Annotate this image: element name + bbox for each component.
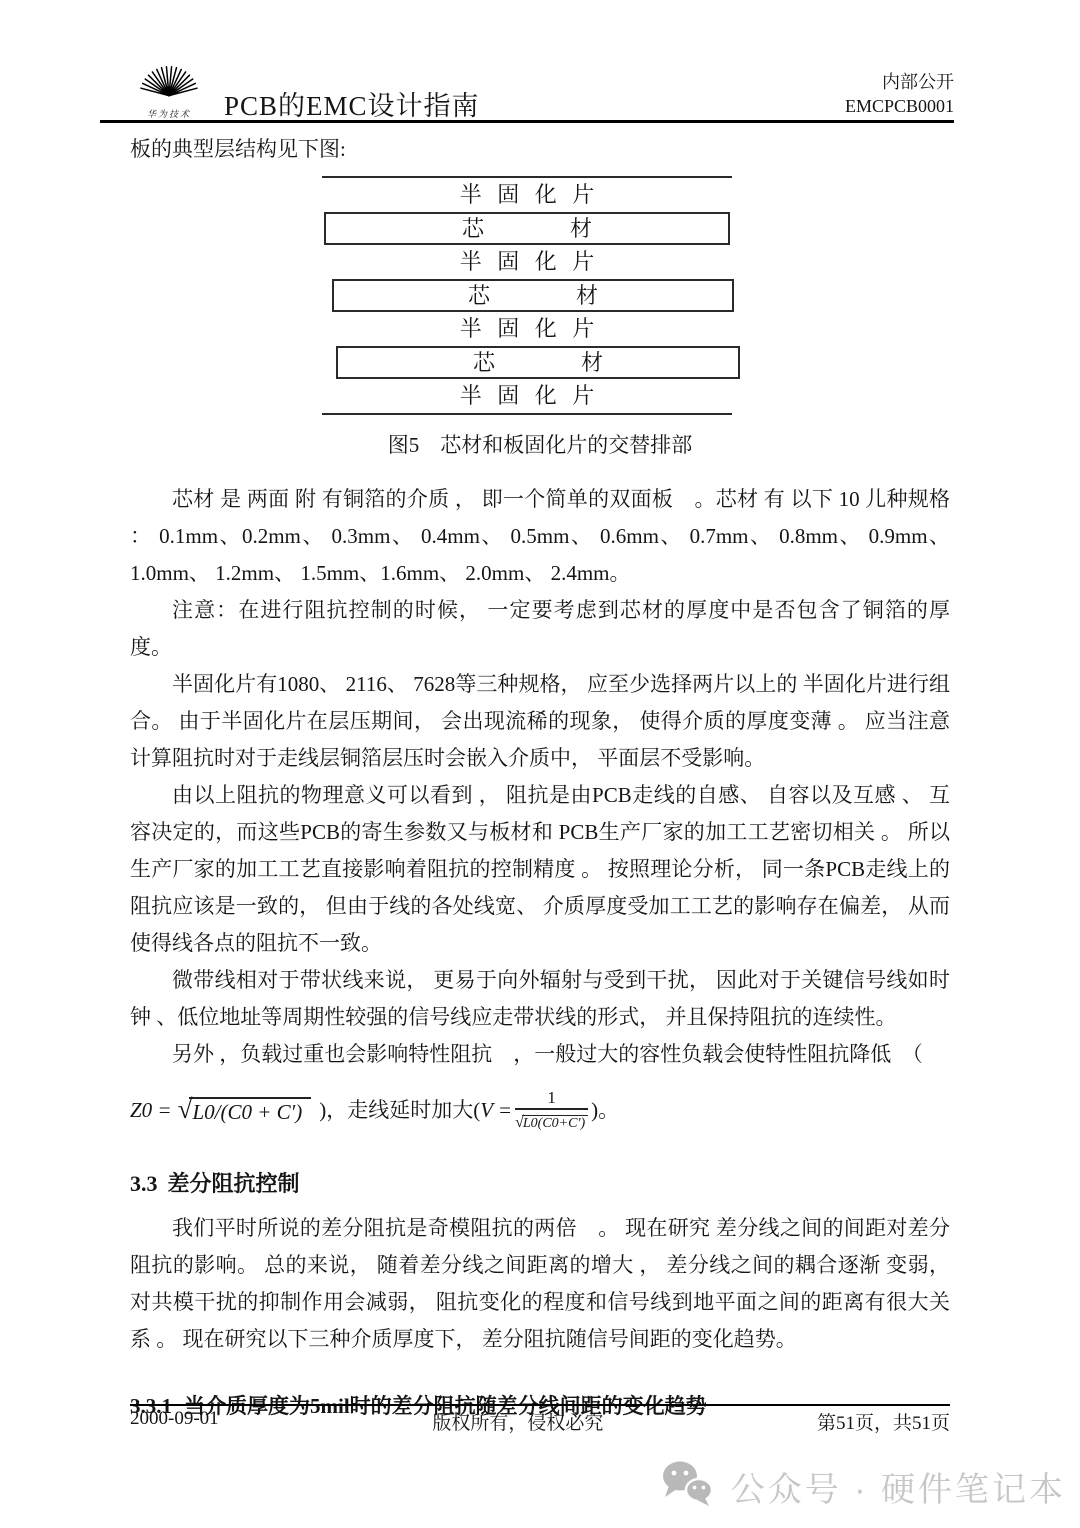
formula-tail: )。: [591, 1100, 619, 1121]
formula-middle-text: )，走线延时加大(: [319, 1100, 480, 1121]
core-layer-box: 芯 材: [324, 212, 730, 245]
prepreg-layer-label: 半 固 化 片: [322, 245, 732, 279]
core-layer-box: 芯 材: [332, 279, 734, 312]
fraction-expression: 1 √L0(C0+C′): [515, 1089, 588, 1131]
paragraph-differential: 我们平时所说的差分阻抗是奇模阻抗的两倍 。 现在研究 差分线之间的间距对差分阻抗…: [130, 1210, 950, 1358]
fraction-denominator: √L0(C0+C′): [515, 1113, 588, 1131]
header-meta: 内部公开 EMCPCB0001: [845, 70, 954, 118]
diagram-bottom-rule: [322, 413, 732, 415]
footer-divider: [130, 1404, 950, 1406]
figure-caption: 图5 芯材和板固化片的交替排部: [130, 429, 950, 459]
paragraph-prepreg-specs: 半固化片有1080、 2116、 7628等三种规格， 应至少选择两片以上的 半…: [130, 666, 950, 777]
company-logo: 华为技术: [138, 54, 200, 120]
core-layer-box: 芯 材: [336, 346, 740, 379]
watermark-text: 公众号 · 硬件笔记本: [731, 1462, 1066, 1511]
header-divider: [100, 120, 954, 123]
footer-copyright: 版权所有，侵权必究: [219, 1408, 817, 1435]
section-3-3-heading: 3.3差分阻抗控制: [130, 1167, 950, 1198]
formula-z0-radicand: L0/(C0 + C′): [189, 1097, 311, 1123]
prepreg-layer-label: 半 固 化 片: [322, 178, 732, 212]
footer-date: 2000-09-01: [130, 1408, 219, 1435]
body-text: 芯材 是 两面 附 有铜箔的介质 ， 即一个简单的双面板 。芯材 有 以下 10…: [130, 481, 950, 1073]
document-page: 华为技术 PCB的EMC设计指南 内部公开 EMCPCB0001 板的典型层结构…: [0, 0, 1080, 1528]
document-title: PCB的EMC设计指南: [224, 84, 480, 123]
section-3-3-body: 我们平时所说的差分阻抗是奇模阻抗的两倍 。 现在研究 差分线之间的间距对差分阻抗…: [130, 1210, 950, 1358]
classification-label: 内部公开: [845, 70, 954, 94]
denominator-radicand: L0(C0+C′): [522, 1115, 588, 1131]
section-title: 差分阻抗控制: [168, 1171, 300, 1196]
huawei-fan-logo-icon: [138, 54, 200, 106]
logo-caption: 华为技术: [138, 107, 200, 120]
square-root-expression: √L0/(C0 + C′): [178, 1097, 312, 1124]
layer-stack-diagram: 半 固 化 片 芯 材 半 固 化 片 芯 材 半 固 化 片 芯 材 半 固 …: [322, 176, 732, 415]
prepreg-layer-label: 半 固 化 片: [322, 379, 732, 413]
intro-text: 板的典型层结构见下图:: [130, 134, 950, 164]
formula-v-lhs: V =: [480, 1100, 512, 1121]
paragraph-note: 注意：在进行阻抗控制的时候， 一定要考虑到芯材的厚度中是否包含了铜箔的厚度。: [130, 592, 950, 666]
paragraph-impedance-physics: 由以上阻抗的物理意义可以看到 ， 阻抗是由PCB走线的自感、 自容以及互感 、 …: [130, 777, 950, 962]
paragraph-load-impedance: 另外 ，负载过重也会影响特性阻抗 ，一般过大的容性负载会使特性阻抗降低 （: [130, 1036, 950, 1073]
page-footer: 2000-09-01 版权所有，侵权必究 第51页，共51页: [130, 1408, 950, 1435]
wechat-icon: [659, 1460, 715, 1513]
document-number: EMCPCB0001: [845, 94, 954, 118]
section-number: 3.3: [130, 1171, 158, 1196]
footer-page-number: 第51页，共51页: [817, 1408, 950, 1435]
page-content: 板的典型层结构见下图: 半 固 化 片 芯 材 半 固 化 片 芯 材 半 固 …: [130, 134, 950, 1420]
wechat-watermark: 公众号 · 硬件笔记本: [659, 1460, 1066, 1513]
radical-sign: √: [178, 1096, 193, 1123]
fraction-numerator: 1: [515, 1089, 588, 1110]
prepreg-layer-label: 半 固 化 片: [322, 312, 732, 346]
paragraph-microstrip: 微带线相对于带状线来说， 更易于向外辐射与受到干扰， 因此对于关键信号线如时钟 …: [130, 962, 950, 1036]
paragraph-core-material: 芯材 是 两面 附 有铜箔的介质 ， 即一个简单的双面板 。芯材 有 以下 10…: [130, 481, 950, 592]
formula-z0-lhs: Z0 =: [130, 1100, 172, 1121]
impedance-formula: Z0 = √L0/(C0 + C′) )，走线延时加大( V = 1 √L0(C…: [130, 1081, 950, 1139]
